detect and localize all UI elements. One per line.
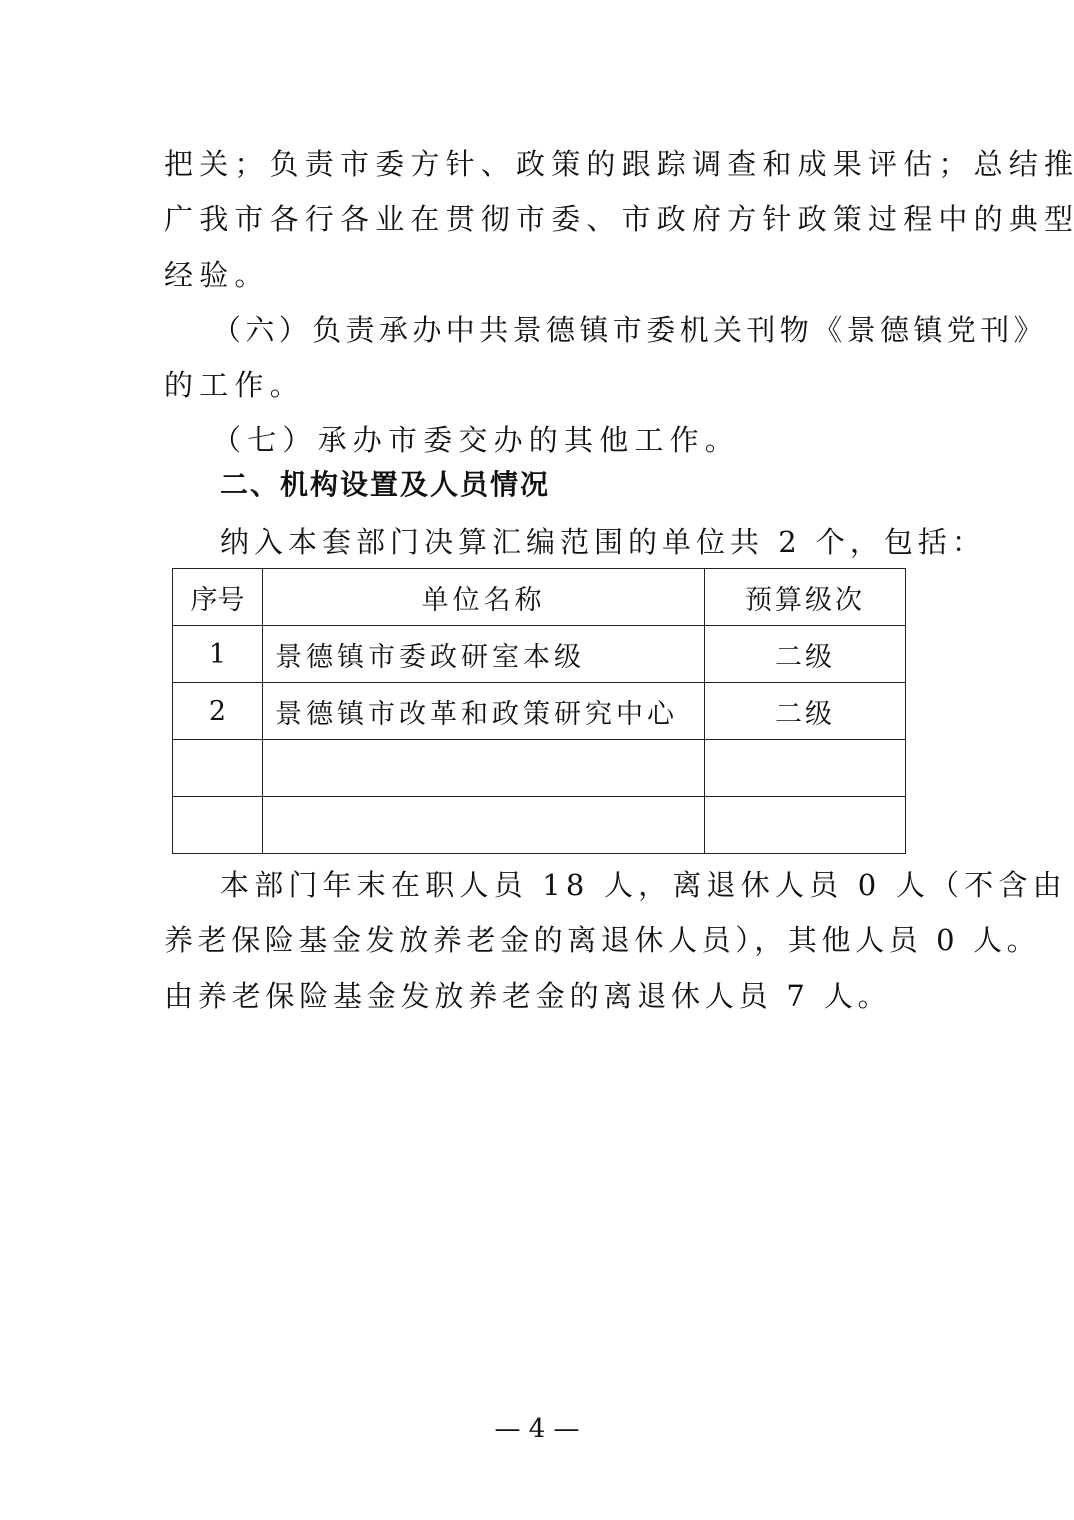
cell-budget-level: 二级: [705, 683, 906, 740]
cell-budget-level: [705, 797, 906, 854]
cell-budget-level: 二级: [705, 626, 906, 683]
cell-index: [173, 797, 263, 854]
cell-unit-name: 景德镇市委政研室本级: [263, 626, 705, 683]
body-text-line: 本部门年末在职人员 18 人，离退休人员 0 人（不含由: [220, 871, 1067, 900]
cell-index: 1: [173, 626, 263, 683]
header-unit-name: 单位名称: [263, 569, 705, 626]
body-text-line: （六）负责承办中共景德镇市委机关刊物《景德镇党刊》: [212, 316, 1047, 345]
intro-text: 纳入本套部门决算汇编范围的单位共 2 个，包括：: [220, 528, 986, 557]
table-header-row: 序号 单位名称 预算级次: [173, 569, 906, 626]
cell-index: [173, 740, 263, 797]
body-text-line: 把关；负责市委方针、政策的跟踪调查和成果评估；总结推: [164, 150, 1074, 179]
cell-unit-name: [263, 740, 705, 797]
cell-budget-level: [705, 740, 906, 797]
body-text-line: 养老保险基金发放养老金的离退休人员），其他人员 0 人。: [164, 926, 1040, 955]
units-table: 序号 单位名称 预算级次 1 景德镇市委政研室本级 二级 2 景德镇市改革和政策…: [172, 568, 906, 854]
body-text-line: 经验。: [164, 261, 270, 290]
cell-index: 2: [173, 683, 263, 740]
body-text-line: 由养老保险基金发放养老金的离退休人员 7 人。: [164, 982, 891, 1011]
cell-unit-name: [263, 797, 705, 854]
section-heading: 二、机构设置及人员情况: [220, 471, 550, 499]
cell-unit-name: 景德镇市改革和政策研究中心: [263, 683, 705, 740]
header-index: 序号: [173, 569, 263, 626]
table-row: 1 景德镇市委政研室本级 二级: [173, 626, 906, 683]
table-row: [173, 740, 906, 797]
body-text-line: （七）承办市委交办的其他工作。: [212, 426, 740, 455]
page-number: — 4 —: [0, 1414, 1074, 1444]
body-text-line: 的工作。: [164, 371, 305, 400]
body-text-line: 广我市各行各业在贯彻市委、市政府方针政策过程中的典型: [164, 205, 1074, 234]
table-row: [173, 797, 906, 854]
header-budget-level: 预算级次: [705, 569, 906, 626]
table-row: 2 景德镇市改革和政策研究中心 二级: [173, 683, 906, 740]
